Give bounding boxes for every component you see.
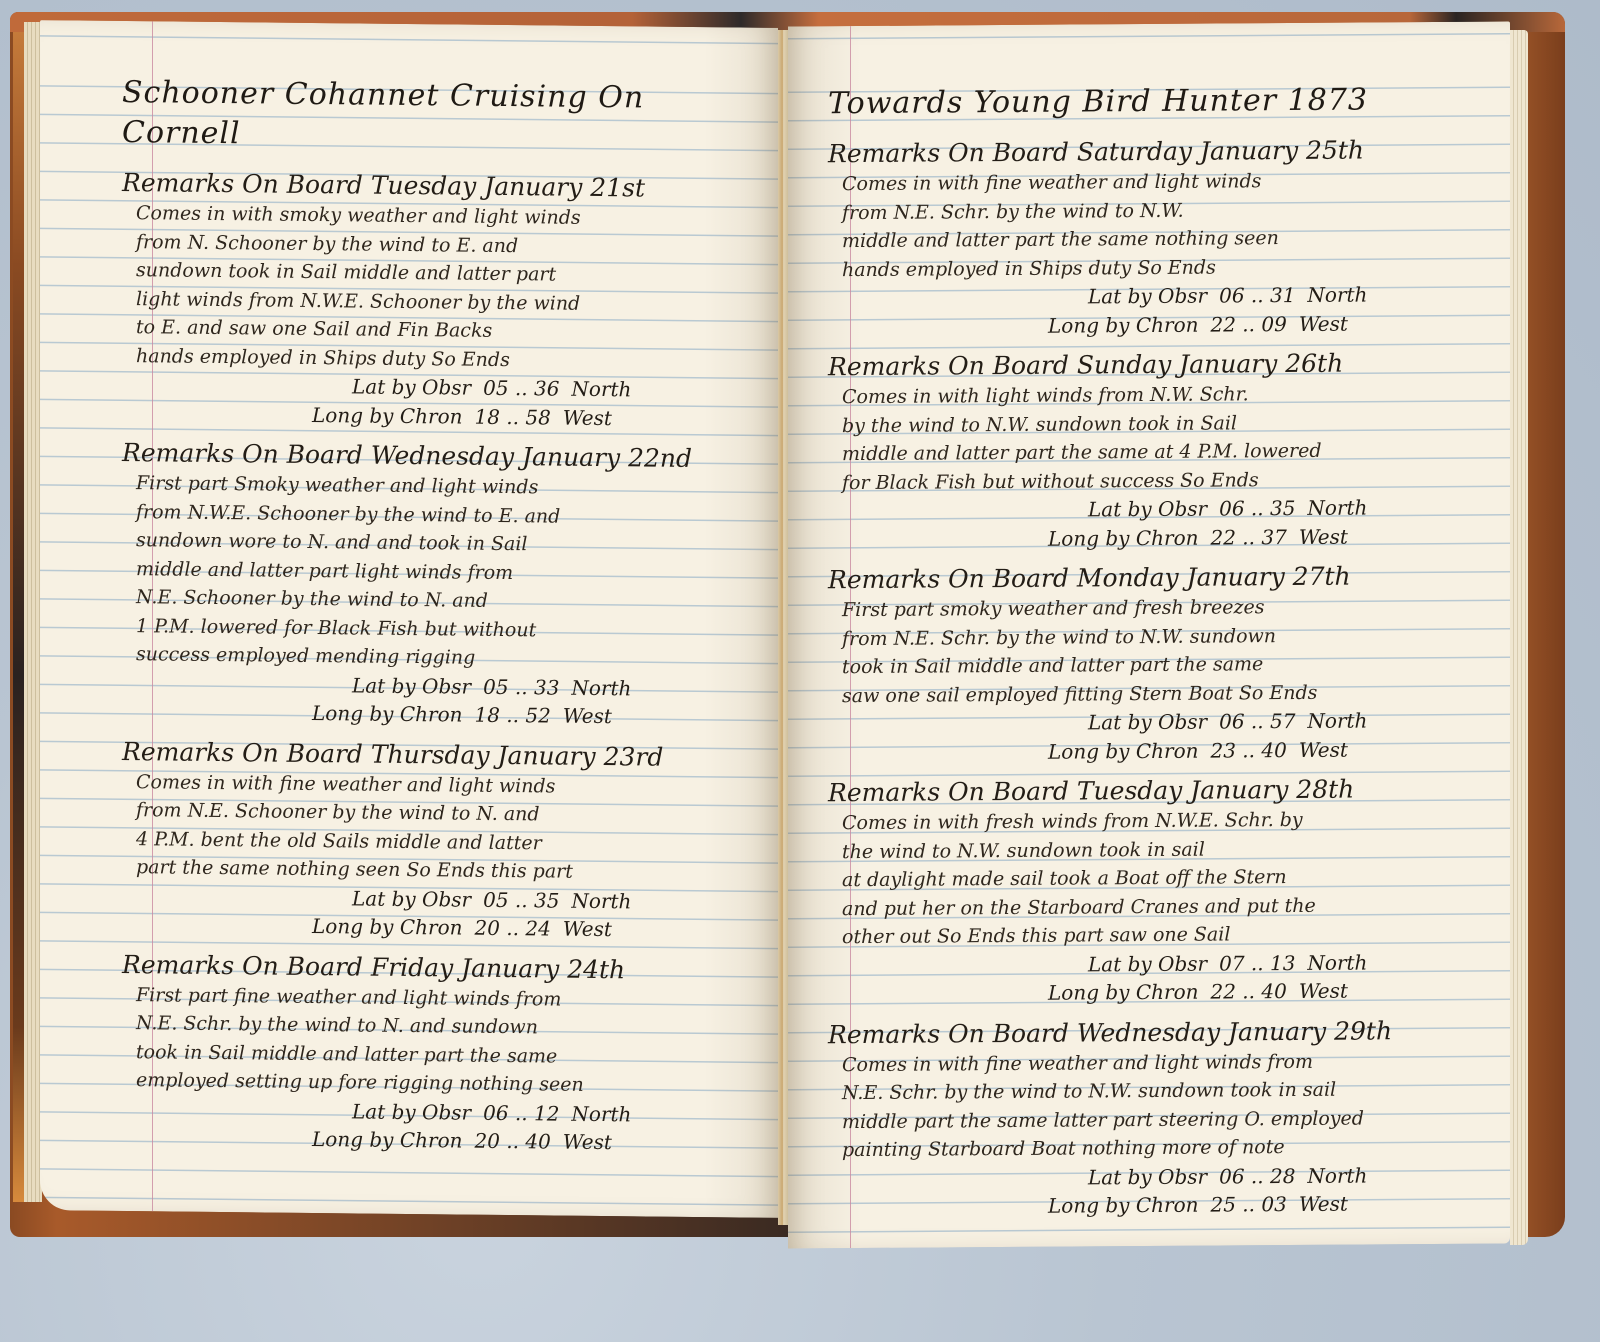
latitude: Lat by Obsr06 .. 31North	[828, 280, 1470, 313]
entry-title: Remarks On Board Tuesday January 28th	[828, 773, 1470, 809]
log-entry: Remarks On Board Tuesday January 21st Co…	[122, 167, 738, 433]
entry-line: from N.E. Schr. by the wind to N.W. sund…	[828, 620, 1470, 653]
longitude: Long by Chron22 .. 40West	[828, 976, 1470, 1009]
entry-line: N.E. Schr. by the wind to N.W. sundown t…	[828, 1075, 1470, 1108]
entry-line: hands employed in Ships duty So Ends	[828, 251, 1470, 284]
longitude: Long by Chron18 .. 52West	[122, 697, 738, 732]
longitude: Long by Chron20 .. 40West	[122, 1123, 738, 1158]
latitude: Lat by Obsr06 .. 57North	[828, 706, 1470, 739]
entry-title: Remarks On Board Monday January 27th	[828, 560, 1470, 596]
right-page-stack	[1510, 30, 1528, 1245]
entry-line: middle part the same latter part steerin…	[828, 1103, 1470, 1136]
entry-title: Remarks On Board Sunday January 26th	[828, 347, 1470, 383]
longitude: Long by Chron22 .. 37West	[828, 521, 1470, 554]
log-entry: Remarks On Board Wednesday January 22nd …	[122, 437, 738, 732]
entry-line: for Black Fish but without success So En…	[828, 464, 1470, 497]
left-page: Schooner Cohannet Cruising On Cornell Re…	[40, 20, 778, 1218]
log-entry: Remarks On Board Friday January 24th Fir…	[122, 948, 738, 1157]
entry-title: Remarks On Board Wednesday January 29th	[828, 1014, 1470, 1050]
log-entry: Remarks On Board Sunday January 26th Com…	[828, 347, 1470, 554]
entry-line: First part smoky weather and fresh breez…	[828, 592, 1470, 625]
entry-line: at daylight made sail took a Boat off th…	[828, 862, 1470, 895]
entry-line: by the wind to N.W. sundown took in Sail	[828, 407, 1470, 440]
latitude: Lat by Obsr07 .. 13North	[828, 947, 1470, 980]
entry-line: Comes in with fine weather and light win…	[828, 1046, 1470, 1079]
entry-line: other out So Ends this part saw one Sail	[828, 919, 1470, 952]
entry-line: and put her on the Starboard Cranes and …	[828, 890, 1470, 923]
longitude: Long by Chron22 .. 09West	[828, 308, 1470, 341]
log-entry: Remarks On Board Wednesday January 29th …	[828, 1014, 1470, 1221]
entry-line: painting Starboard Boat nothing more of …	[828, 1132, 1470, 1165]
page-heading: Towards Young Bird Hunter 1873	[828, 80, 1470, 124]
longitude: Long by Chron18 .. 58West	[122, 398, 738, 433]
log-entry: Remarks On Board Tuesday January 28th Co…	[828, 773, 1470, 1009]
page-heading: Schooner Cohannet Cruising On Cornell	[122, 73, 738, 159]
entry-line: Comes in with light winds from N.W. Schr…	[828, 379, 1470, 412]
entry-line: took in Sail middle and latter part the …	[828, 649, 1470, 682]
log-entry: Remarks On Board Saturday January 25th C…	[828, 134, 1470, 341]
right-page: Towards Young Bird Hunter 1873 Remarks O…	[788, 21, 1510, 1248]
book-gutter	[778, 30, 788, 1225]
entry-line: from N.E. Schr. by the wind to N.W.	[828, 194, 1470, 227]
entry-line: saw one sail employed fitting Stern Boat…	[828, 677, 1470, 710]
entry-line: the wind to N.W. sundown took in sail	[828, 833, 1470, 866]
entry-line: Comes in with fine weather and light win…	[828, 166, 1470, 199]
entry-line: middle and latter part the same nothing …	[828, 223, 1470, 256]
entry-line: middle and latter part the same at 4 P.M…	[828, 436, 1470, 469]
longitude: Long by Chron25 .. 03West	[828, 1189, 1470, 1222]
entry-title: Remarks On Board Saturday January 25th	[828, 134, 1470, 170]
log-entry: Remarks On Board Thursday January 23rd C…	[122, 735, 738, 944]
entry-line: Comes in with fresh winds from N.W.E. Sc…	[828, 805, 1470, 838]
longitude: Long by Chron20 .. 24West	[122, 910, 738, 945]
latitude: Lat by Obsr06 .. 28North	[828, 1160, 1470, 1193]
latitude: Lat by Obsr06 .. 35North	[828, 493, 1470, 526]
longitude: Long by Chron23 .. 40West	[828, 734, 1470, 767]
log-entry: Remarks On Board Monday January 27th Fir…	[828, 560, 1470, 767]
logbook-photo: Schooner Cohannet Cruising On Cornell Re…	[0, 0, 1600, 1342]
